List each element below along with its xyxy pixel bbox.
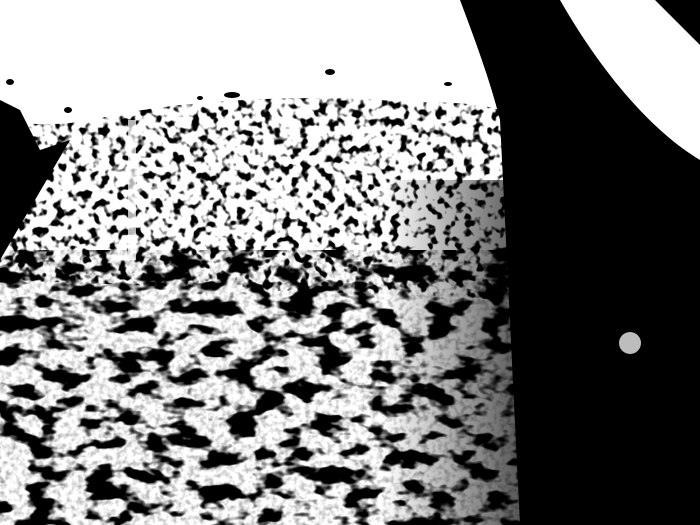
right-shadow [0, 180, 700, 525]
small-rock [619, 332, 641, 354]
photo-canvas [0, 0, 700, 525]
lunar-surface-photo [0, 0, 700, 525]
light-streak [128, 120, 136, 260]
